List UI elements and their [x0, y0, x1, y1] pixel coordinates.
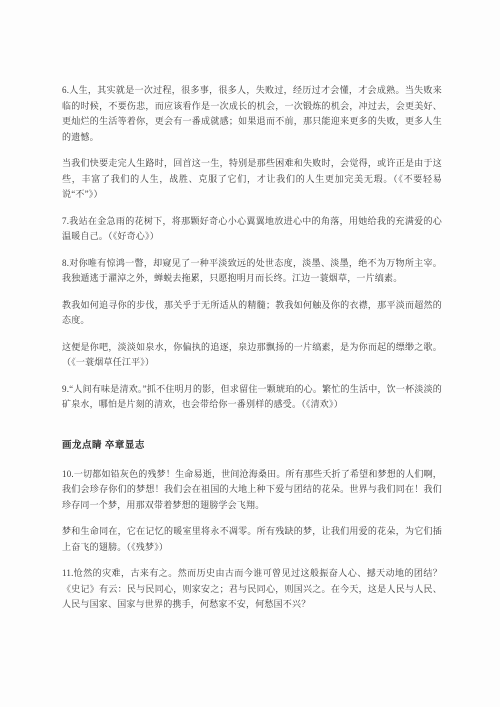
paragraph-9: 9.“人间有味是清欢。”抓不住明月的影，但求留住一颗琥珀的心。繁忙的生活中，饮一… [62, 382, 442, 413]
paragraph-11: 11.怆然的灾难，古来有之。然而历史由古而今谁可曾见过这般振奋人心、撼天动地的团… [62, 566, 442, 613]
paragraph-10: 10.一切都如铅灰色的残梦！生命易逝，世间沧海桑田。所有那些夭折了希望和梦想的人… [62, 467, 442, 514]
paragraph-10-continued: 梦和生命同在，它在记忆的暖室里将永不凋零。所有残缺的梦，让我们用爱的花朵，为它们… [62, 524, 442, 555]
document-page: 6.人生，其实就是一次过程，很多事，很多人，失败过，经历过才会懂，才会成熟。当失… [0, 0, 500, 707]
paragraph-6-continued: 当我们快要走完人生路时，回首这一生，特别是那些困难和失败时，会觉得，或许正是由于… [62, 156, 442, 203]
paragraph-8-continued-2: 这便是你吧，淡淡如泉水，你偏执的追逐，泉边那飘扬的一片缟素，是为你而起的缥缈之歌… [62, 340, 442, 371]
section-heading: 画龙点睛 卒章显志 [62, 439, 442, 454]
paragraph-7: 7.我站在金急雨的花树下，将那颗好奇心小心翼翼地放进心中的角落，用她给我的充满爱… [62, 214, 442, 245]
paragraph-8: 8.对你唯有惊鸿一瞥，却窥见了一种平淡致远的处世态度，淡墨、淡墨，绝不为万物所主… [62, 256, 442, 287]
paragraph-8-continued-1: 教我如何追寻你的步伐，那关乎于无所适从的精髓；教我如何触及你的衣襟，那平淡而超然… [62, 298, 442, 329]
paragraph-6: 6.人生，其实就是一次过程，很多事，很多人，失败过，经历过才会懂，才会成熟。当失… [62, 83, 442, 145]
